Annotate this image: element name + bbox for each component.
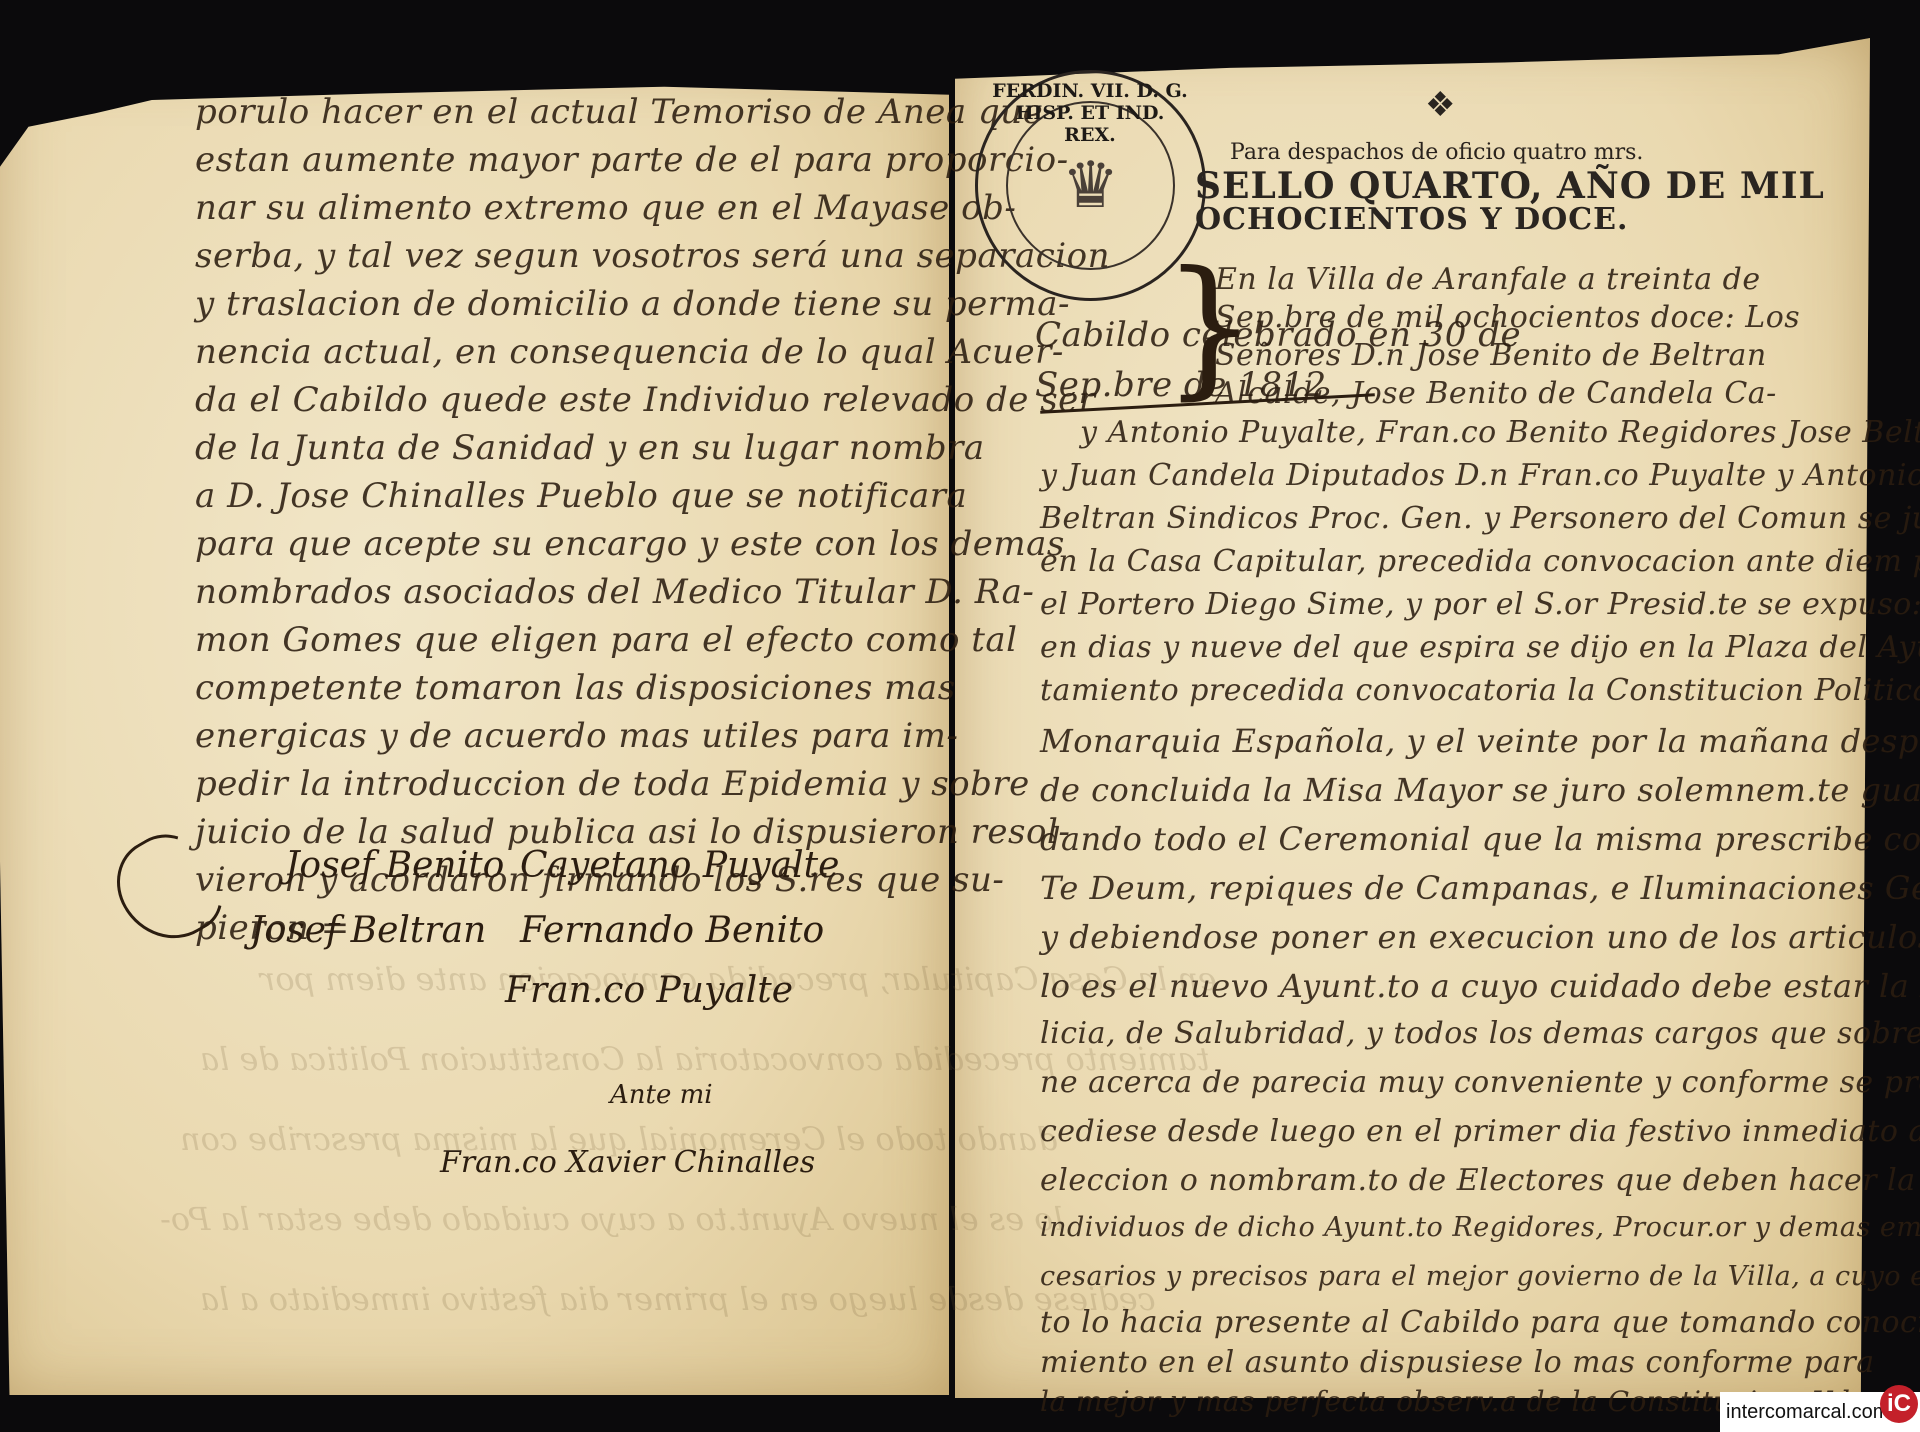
left-line: competente tomaron las disposiciones mas — [195, 668, 956, 708]
right-line: y Antonio Puyalte, Fran.co Benito Regido… — [1080, 415, 1920, 450]
right-line: tamiento precedida convocatoria la Const… — [1040, 673, 1920, 708]
left-line: a D. Jose Chinalles Pueblo que se notifi… — [195, 476, 967, 516]
left-line: da el Cabildo quede este Individuo relev… — [195, 380, 1096, 420]
right-line: individuos de dicho Ayunt.to Regidores, … — [1040, 1212, 1920, 1243]
seal-header: Para despachos de oficio quatro mrs. — [1230, 140, 1643, 165]
seal-ring-text: FERDIN. VII. D. G. HISP. ET IND. REX. — [990, 80, 1190, 146]
left-line: nombrados asociados del Medico Titular D… — [195, 572, 1034, 612]
watermark-text: intercomarcal.com — [1726, 1401, 1889, 1424]
right-line: Monarquia Española, y el veinte por la m… — [1040, 722, 1920, 760]
left-line: para que acepte su encargo y este con lo… — [195, 524, 1065, 564]
bleed-through-text: lo es el nuevo Ayunt.to a cuyo cuidado d… — [160, 1200, 1064, 1238]
signature: Cayetano Puyalte — [520, 845, 839, 886]
right-line: licia, de Salubridad, y todos los demas … — [1040, 1016, 1920, 1051]
left-line: y traslacion de domicilio a donde tiene … — [195, 284, 1070, 324]
signature: Josef Beltran — [250, 910, 486, 951]
left-line: de la Junta de Sanidad y en su lugar nom… — [195, 428, 985, 468]
left-line: nencia actual, en consequencia de lo qua… — [195, 332, 1064, 372]
left-line: mon Gomes que eligen para el efecto como… — [195, 620, 1018, 660]
left-line: porulo hacer en el actual Temoriso de An… — [195, 92, 1043, 132]
right-line: y debiendose poner en execucion uno de l… — [1040, 918, 1920, 956]
seal-title-line1: SELLO QUARTO, AÑO DE MIL — [1195, 165, 1825, 207]
right-line: cesarios y precisos para el mejor govier… — [1040, 1261, 1920, 1292]
right-line: miento en el asunto dispusiese lo mas co… — [1040, 1345, 1875, 1380]
right-line: eleccion o nombram.to de Electores que d… — [1040, 1163, 1920, 1198]
right-line: dando todo el Ceremonial que la misma pr… — [1040, 820, 1920, 858]
right-line: ne acerca de parecia muy conveniente y c… — [1040, 1065, 1920, 1100]
bracket-line: En la Villa de Aranfale a treinta de — [1215, 262, 1761, 297]
left-line: estan aumente mayor parte de el para pro… — [195, 140, 1069, 180]
seal-title-line2: OCHOCIENTOS Y DOCE. — [1195, 202, 1628, 237]
left-line: serba, y tal vez segun vosotros será una… — [195, 236, 1110, 276]
intercomarcal-logo-icon: iC — [1880, 1385, 1918, 1423]
ornament-icon: ❖ — [1425, 85, 1455, 125]
bleed-through-text: cediese desde luego en el primer dia fes… — [200, 1280, 1156, 1318]
right-line: to lo hacia presente al Cabildo para que… — [1040, 1305, 1920, 1340]
right-line: cediese desde luego en el primer dia fes… — [1040, 1114, 1920, 1149]
right-line: en la Casa Capitular, precedida convocac… — [1040, 544, 1920, 579]
right-line: Te Deum, repiques de Campanas, e Ilumina… — [1040, 869, 1920, 907]
signature: Josef Benito — [285, 845, 504, 886]
left-line: energicas y de acuerdo mas utiles para i… — [195, 716, 958, 756]
right-line: de concluida la Misa Mayor se juro solem… — [1040, 771, 1920, 809]
signature: Fernando Benito — [520, 910, 824, 951]
right-line: el Portero Diego Sime, y por el S.or Pre… — [1040, 587, 1920, 622]
signature: Ante mi — [610, 1080, 713, 1110]
bracket-line: Señores D.n Jose Benito de Beltran — [1215, 338, 1767, 373]
signature: Fran.co Puyalte — [505, 970, 793, 1011]
right-line: y Juan Candela Diputados D.n Fran.co Puy… — [1040, 458, 1920, 493]
left-line: pedir la introduccion de toda Epidemia y… — [195, 764, 1030, 804]
bracket-line: Sep.bre de mil ochocientos doce: Los — [1215, 300, 1800, 335]
bracket-line: Alcalde, Jose Benito de Candela Ca- — [1215, 376, 1777, 411]
right-line: Beltran Sindicos Proc. Gen. y Personero … — [1040, 501, 1920, 536]
right-line: lo es el nuevo Ayunt.to a cuyo cuidado d… — [1040, 967, 1920, 1005]
left-line: nar su alimento extremo que en el Mayase… — [195, 188, 1016, 228]
right-line: en dias y nueve del que espira se dijo e… — [1040, 630, 1920, 665]
signature: Fran.co Xavier Chinalles — [440, 1145, 815, 1180]
